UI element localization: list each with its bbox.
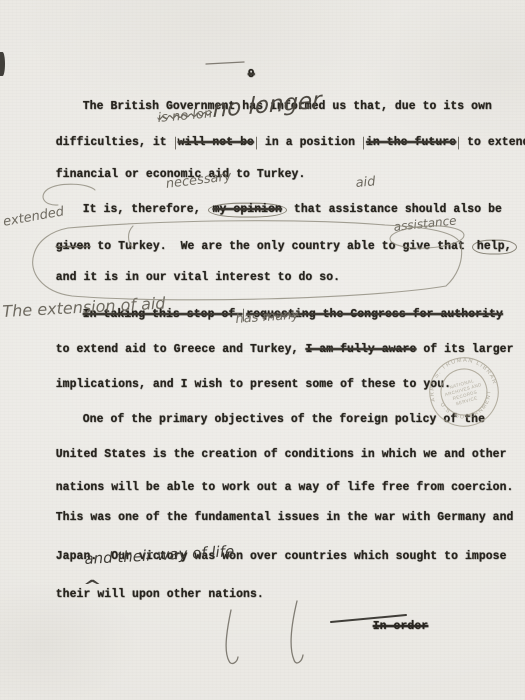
struck-text: given	[56, 241, 91, 254]
typed-text: in a position	[258, 137, 362, 150]
struck-text: In order	[373, 621, 428, 634]
typed-line: In order	[345, 608, 428, 646]
typed-text: that assistance should also be	[287, 204, 502, 217]
typed-text: to extend	[460, 137, 525, 150]
typed-text: difficulties, it	[56, 137, 174, 150]
struck-text: in the future	[363, 137, 459, 150]
scanned-document-page: 9 The British Government has informed us…	[0, 0, 525, 700]
typed-text: and it is in our vital interest to do so…	[56, 272, 340, 285]
typed-text: to Turkey. We are the only country able …	[90, 241, 471, 254]
typed-text: to extend aid to Greece and Turkey,	[56, 344, 306, 357]
scan-edge-artifact	[0, 52, 5, 76]
typed-line: implications, and I wish to present some…	[28, 366, 451, 404]
handwritten-word-has: has	[235, 310, 263, 327]
struck-text: will not be	[175, 137, 257, 150]
circled-text: help,	[472, 240, 517, 255]
typed-text: United States is the creation of conditi…	[56, 449, 507, 462]
typed-text: It is, therefore,	[83, 204, 208, 217]
pencil-stroke-left	[226, 610, 238, 664]
struck-text: I am fully aware	[305, 344, 416, 357]
insertion-caret: ^	[83, 577, 102, 595]
typed-line: This was one of the fundamental issues i…	[28, 499, 514, 537]
typed-line: and it is in our vital interest to do so…	[28, 259, 340, 297]
struck-circled-text: my opinion	[208, 203, 287, 218]
pencil-stroke-right	[291, 601, 303, 663]
typed-text: This was one of the fundamental issues i…	[56, 512, 514, 525]
handwritten-word-many: many	[262, 308, 300, 326]
page-number-text: 9	[248, 69, 255, 82]
typed-line: their will upon other nations.	[28, 576, 264, 614]
handwritten-note-aid: aid	[355, 174, 376, 191]
typed-text: nations will be able to work out a way o…	[56, 482, 514, 495]
typed-text: implications, and I wish to present some…	[56, 379, 451, 392]
